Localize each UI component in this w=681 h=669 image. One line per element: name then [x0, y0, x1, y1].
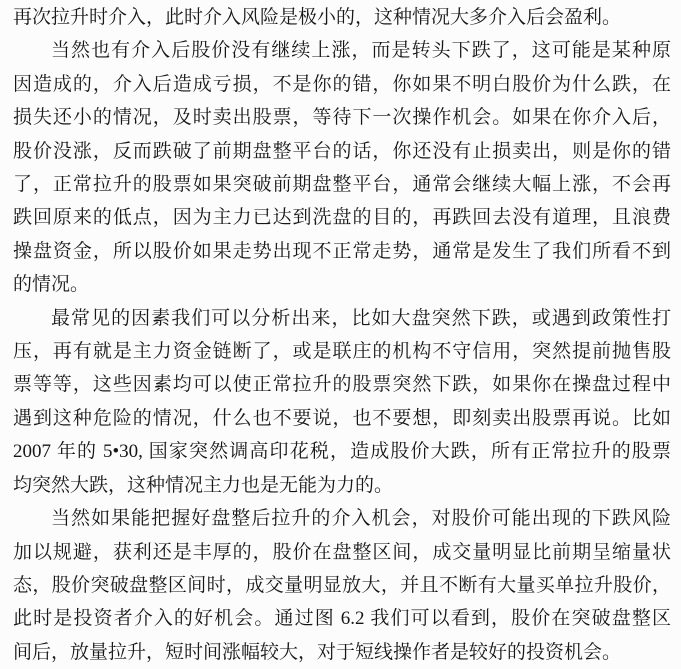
- page: 再次拉升时介入，此时介入风险是极小的，这种情况大多介入后会盈利。 当然也有介入后…: [0, 0, 681, 669]
- text-line: 因造成的，介入后造成亏损，不是你的错，你如果不明白股价为什么跌，在: [13, 68, 671, 101]
- text-line: 此时是投资者介入的好机会。通过图 6.2 我们可以看到，股价在突破盘整区: [13, 602, 671, 635]
- paragraph-1: 当然也有介入后股价没有继续上涨，而是转头下跌了，这可能是某种原 因造成的，介入后…: [13, 34, 671, 301]
- text-line: 当然如果能把握好盘整后拉升的介入机会，对股价可能出现的下跌风险: [13, 502, 671, 535]
- text-line: 操盘资金，所以股价如果走势出现不正常走势，通常是发生了我们所看不到: [13, 235, 671, 268]
- text-line: 压，再有就是主力资金链断了，或是联庄的机构不守信用，突然提前抛售股: [13, 335, 671, 368]
- text-line: 的情况。: [13, 268, 671, 301]
- paragraph-continuation: 再次拉升时介入，此时介入风险是极小的，这种情况大多介入后会盈利。: [13, 1, 671, 34]
- text-line: 跌回原来的低点，因为主力已达到洗盘的目的，再跌回去没有道理，且浪费: [13, 201, 671, 234]
- paragraph-3: 当然如果能把握好盘整后拉升的介入机会，对股价可能出现的下跌风险 加以规避，获利还…: [13, 502, 671, 669]
- text-line: 间后，放量拉升，短时间涨幅较大，对于短线操作者是较好的投资机会。: [13, 636, 671, 669]
- text-line: 再次拉升时介入，此时介入风险是极小的，这种情况大多介入后会盈利。: [13, 1, 671, 34]
- text-line: 票等等，这些因素均可以使正常拉升的股票突然下跌，如果你在操盘过程中: [13, 368, 671, 401]
- text-line: 态，股价突破盘整区间时，成交量明显放大，并且不断有大量买单拉升股价，: [13, 569, 671, 602]
- text-line: 损失还小的情况，及时卖出股票，等待下一次操作机会。如果在你介入后，: [13, 101, 671, 134]
- text-line: 2007 年的 5•30, 国家突然调高印花税，造成股价大跌，所有正常拉升的股票: [13, 435, 671, 468]
- text-line: 加以规避，获利还是丰厚的，股价在盘整区间，成交量明显比前期呈缩量状: [13, 536, 671, 569]
- text-line: 遇到这种危险的情况，什么也不要说，也不要想，即刻卖出股票再说。比如: [13, 402, 671, 435]
- text-line: 最常见的因素我们可以分析出来，比如大盘突然下跌，或遇到政策性打: [13, 302, 671, 335]
- text-line: 当然也有介入后股价没有继续上涨，而是转头下跌了，这可能是某种原: [13, 34, 671, 67]
- text-line: 了，正常拉升的股票如果突破前期盘整平台，通常会继续大幅上涨，不会再: [13, 168, 671, 201]
- paragraph-2: 最常见的因素我们可以分析出来，比如大盘突然下跌，或遇到政策性打 压，再有就是主力…: [13, 302, 671, 502]
- text-line: 股价没涨，反而跌破了前期盘整平台的话，你还没有止损卖出，则是你的错: [13, 135, 671, 168]
- text-line: 均突然大跌，这种情况主力也是无能为力的。: [13, 469, 671, 502]
